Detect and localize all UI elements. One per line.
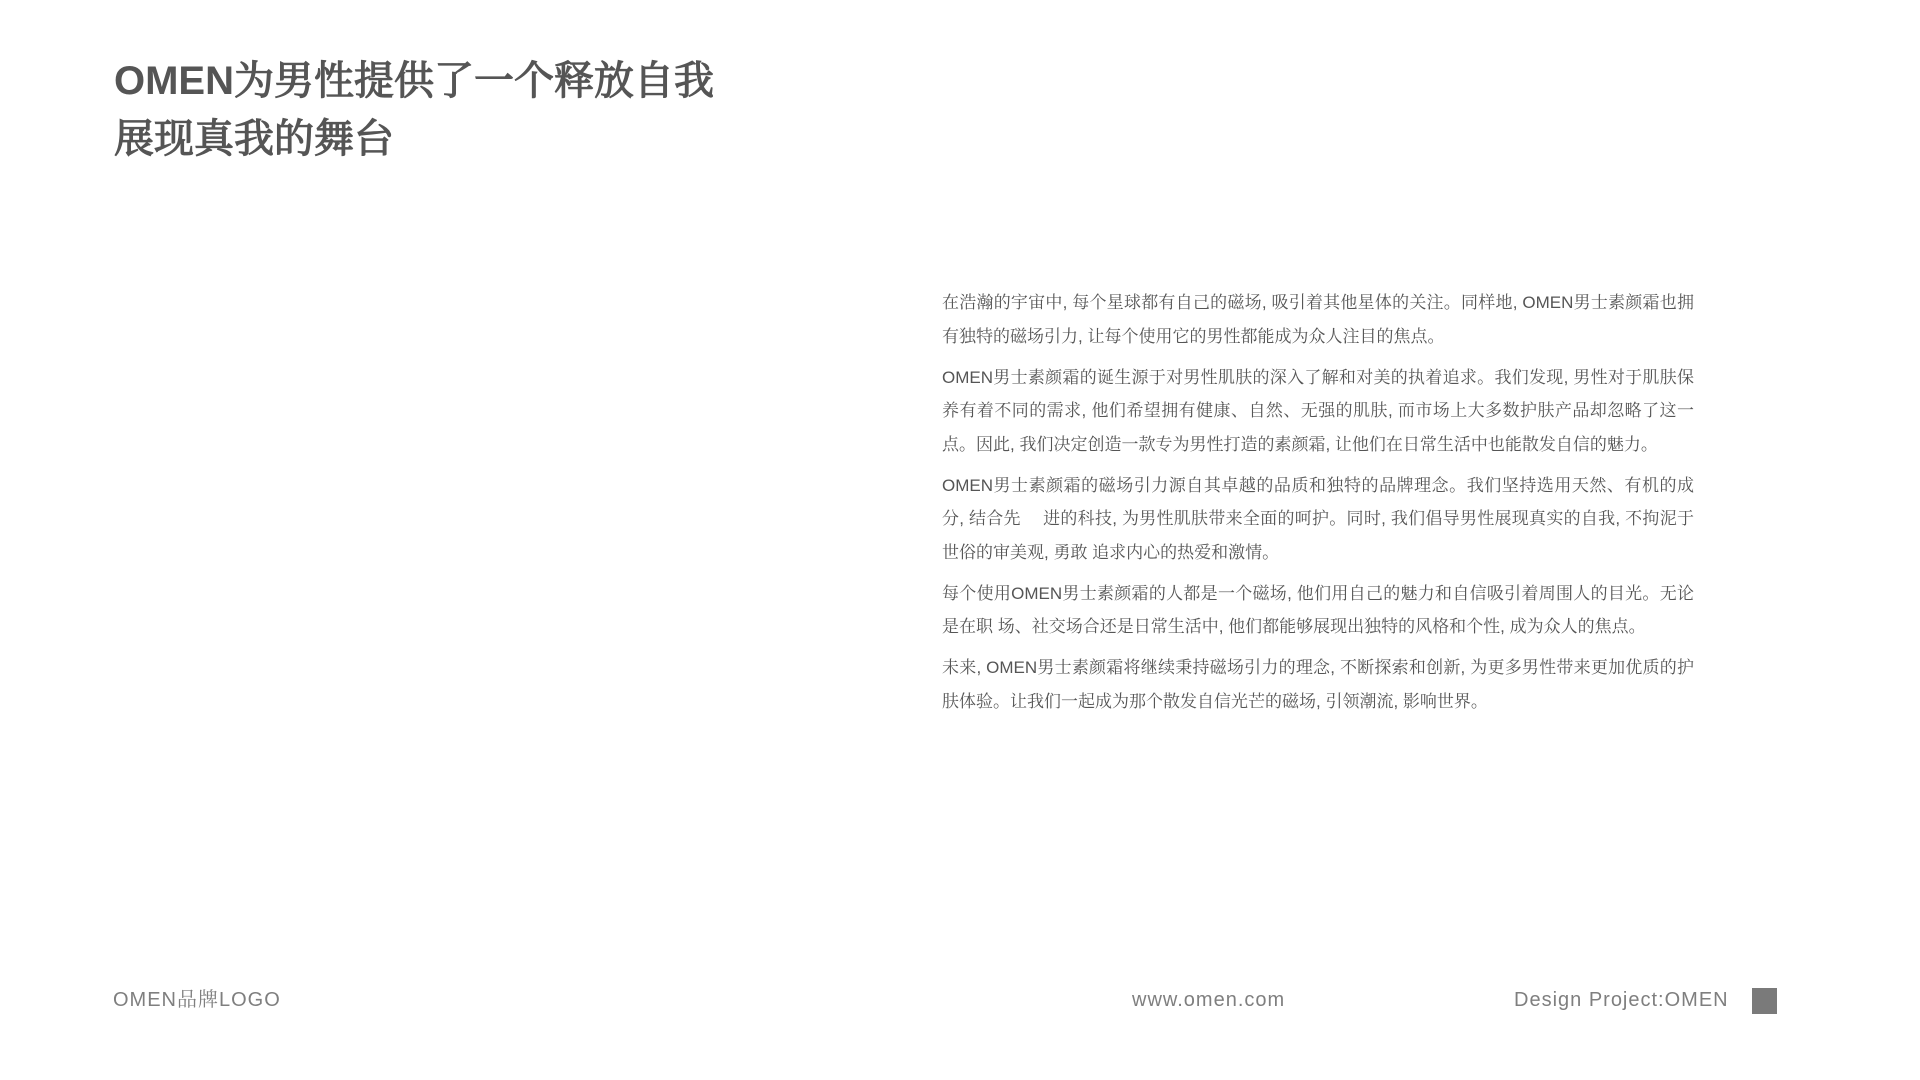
footer-project-label: Design Project:OMEN [1514, 987, 1729, 1013]
body-text-block: 在浩瀚的宇宙中, 每个星球都有自己的磁场, 吸引着其他星体的关注。同样地, OM… [942, 286, 1694, 726]
body-paragraph-3: OMEN男士素颜霜的磁场引力源自其卓越的品质和独特的品牌理念。我们坚持选用天然、… [942, 469, 1694, 570]
footer-square-icon [1752, 988, 1777, 1014]
body-paragraph-1: 在浩瀚的宇宙中, 每个星球都有自己的磁场, 吸引着其他星体的关注。同样地, OM… [942, 286, 1694, 353]
page-title-line-2: 展现真我的舞台 [114, 110, 714, 168]
body-paragraph-4: 每个使用OMEN男士素颜霜的人都是一个磁场, 他们用自己的魅力和自信吸引着周围人… [942, 577, 1694, 644]
footer-website-link[interactable]: www.omen.com [1132, 987, 1285, 1013]
body-paragraph-2: OMEN男士素颜霜的诞生源于对男性肌肤的深入了解和对美的执着追求。我们发现, 男… [942, 361, 1694, 462]
body-paragraph-5: 未来, OMEN男士素颜霜将继续秉持磁场引力的理念, 不断探索和创新, 为更多男… [942, 651, 1694, 718]
footer-logo-text: OMEN品牌LOGO [113, 987, 281, 1013]
page-title: OMEN为男性提供了一个释放自我 展现真我的舞台 [114, 52, 714, 168]
page-title-line-1: OMEN为男性提供了一个释放自我 [114, 52, 714, 110]
